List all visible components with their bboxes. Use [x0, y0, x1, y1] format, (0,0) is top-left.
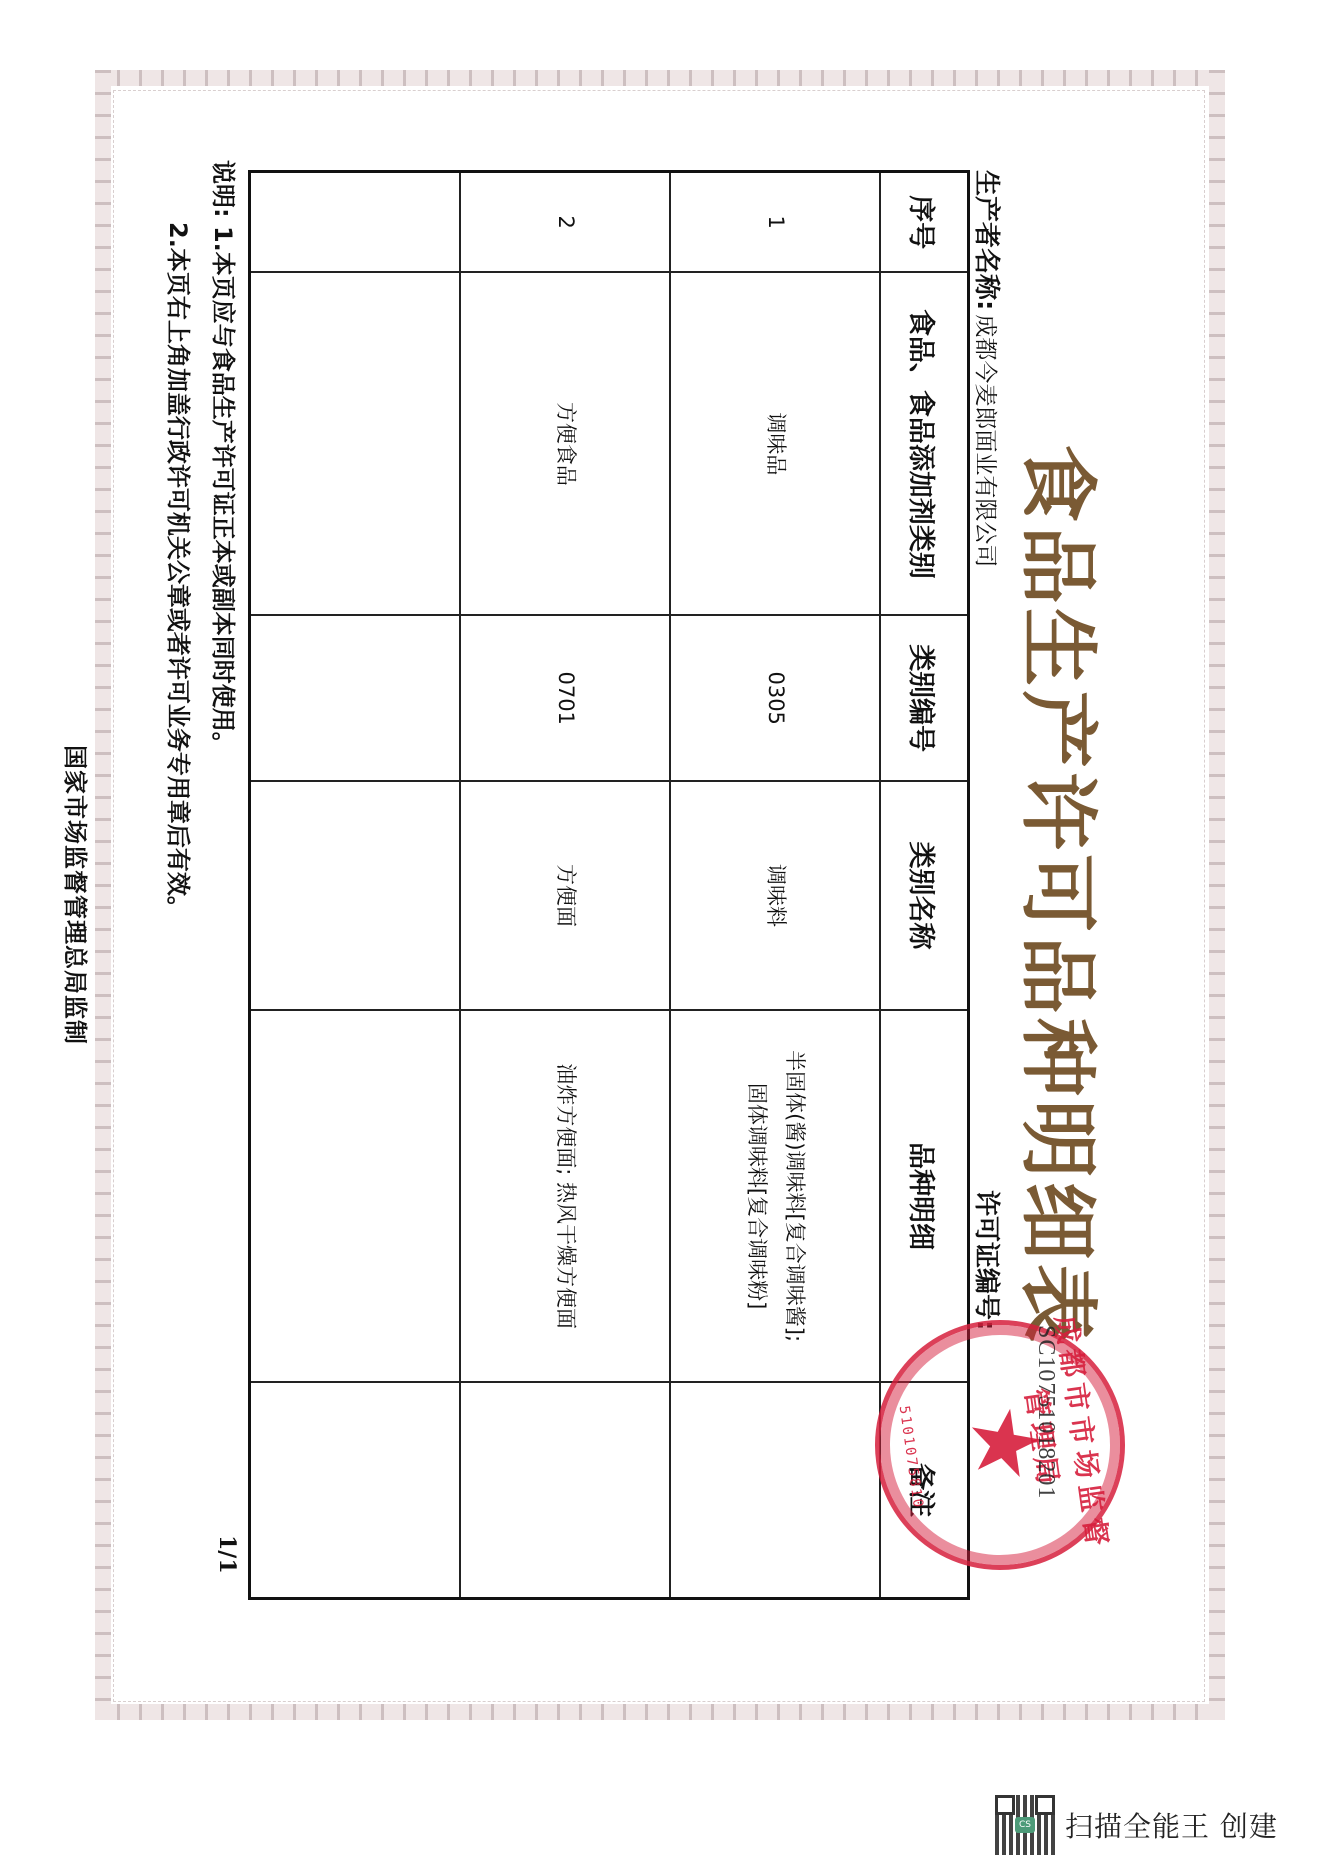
header-category-code: 类别编号	[880, 615, 969, 781]
cell-category: 方便食品	[460, 272, 670, 615]
notes-label: 说明:	[209, 160, 237, 218]
table-row: 1 调味品 0305 调味料 半固体(酱)调味料[复合调味酱]; 固体调味料[复…	[670, 172, 880, 1599]
scanner-watermark: CS 扫描全能王 创建	[995, 1795, 1278, 1855]
rotated-document-page: 食品生产许可品种明细表 生产者名称:成都今麦郎面业有限公司 许可证编号: 序号 …	[55, 70, 1235, 1720]
license-number: SC10751018201	[1032, 1325, 1059, 1585]
producer-label: 生产者名称:	[971, 170, 1001, 310]
producer-line: 生产者名称:成都今麦郎面业有限公司	[970, 170, 1007, 567]
table-row	[250, 172, 461, 1599]
producer-name: 成都今麦郎面业有限公司	[972, 314, 998, 567]
cell-detail: 半固体(酱)调味料[复合调味酱]; 固体调味料[复合调味粉]	[670, 1010, 880, 1382]
camscanner-badge: CS	[1015, 1817, 1035, 1833]
cell-code	[250, 615, 461, 781]
cell-name	[250, 781, 461, 1010]
header-serial: 序号	[880, 172, 969, 273]
table-row: 2 方便食品 0701 方便面 油炸方便面; 热风干燥方便面	[460, 172, 670, 1599]
cell-category: 调味品	[670, 272, 880, 615]
note-item: 1.本页应与食品生产许可证正本或副本同时使用。	[209, 226, 237, 756]
cell-remark	[250, 1382, 461, 1598]
note-item: 2.本页右上角加盖行政许可机关公章或者许可业务专用章后有效。	[155, 160, 200, 920]
cell-name: 方便面	[460, 781, 670, 1010]
cell-serial: 1	[670, 172, 880, 273]
detail-line: 固体调味料[复合调味粉]	[737, 1021, 775, 1371]
detail-line: 半固体(酱)调味料[复合调味酱];	[775, 1021, 813, 1371]
variety-detail-table: 序号 食品、食品添加剂类别 类别编号 类别名称 品种明细 备注 1 调味品 03…	[248, 170, 970, 1600]
cell-category	[250, 272, 461, 615]
cell-serial	[250, 172, 461, 273]
notes-section: 说明: 1.本页应与食品生产许可证正本或副本同时使用。 2.本页右上角加盖行政许…	[155, 160, 245, 920]
license-label: 许可证编号:	[970, 1190, 1007, 1330]
cell-code: 0701	[460, 615, 670, 781]
cell-detail: 油炸方便面; 热风干燥方便面	[460, 1010, 670, 1382]
cell-detail	[250, 1010, 461, 1382]
cell-remark	[460, 1382, 670, 1598]
qr-code-icon: CS	[995, 1795, 1055, 1855]
detail-line: 油炸方便面; 热风干燥方便面	[546, 1021, 584, 1371]
header-category: 食品、食品添加剂类别	[880, 272, 969, 615]
cell-remark	[670, 1382, 880, 1598]
header-variety-detail: 品种明细	[880, 1010, 969, 1382]
issuing-authority: 国家市场监督管理总局监制	[60, 70, 95, 1720]
cell-code: 0305	[670, 615, 880, 781]
cell-serial: 2	[460, 172, 670, 273]
cell-name: 调味料	[670, 781, 880, 1010]
watermark-text: 扫描全能王 创建	[1065, 1805, 1278, 1845]
header-category-name: 类别名称	[880, 781, 969, 1010]
page-number: 1/1	[214, 1535, 240, 1574]
